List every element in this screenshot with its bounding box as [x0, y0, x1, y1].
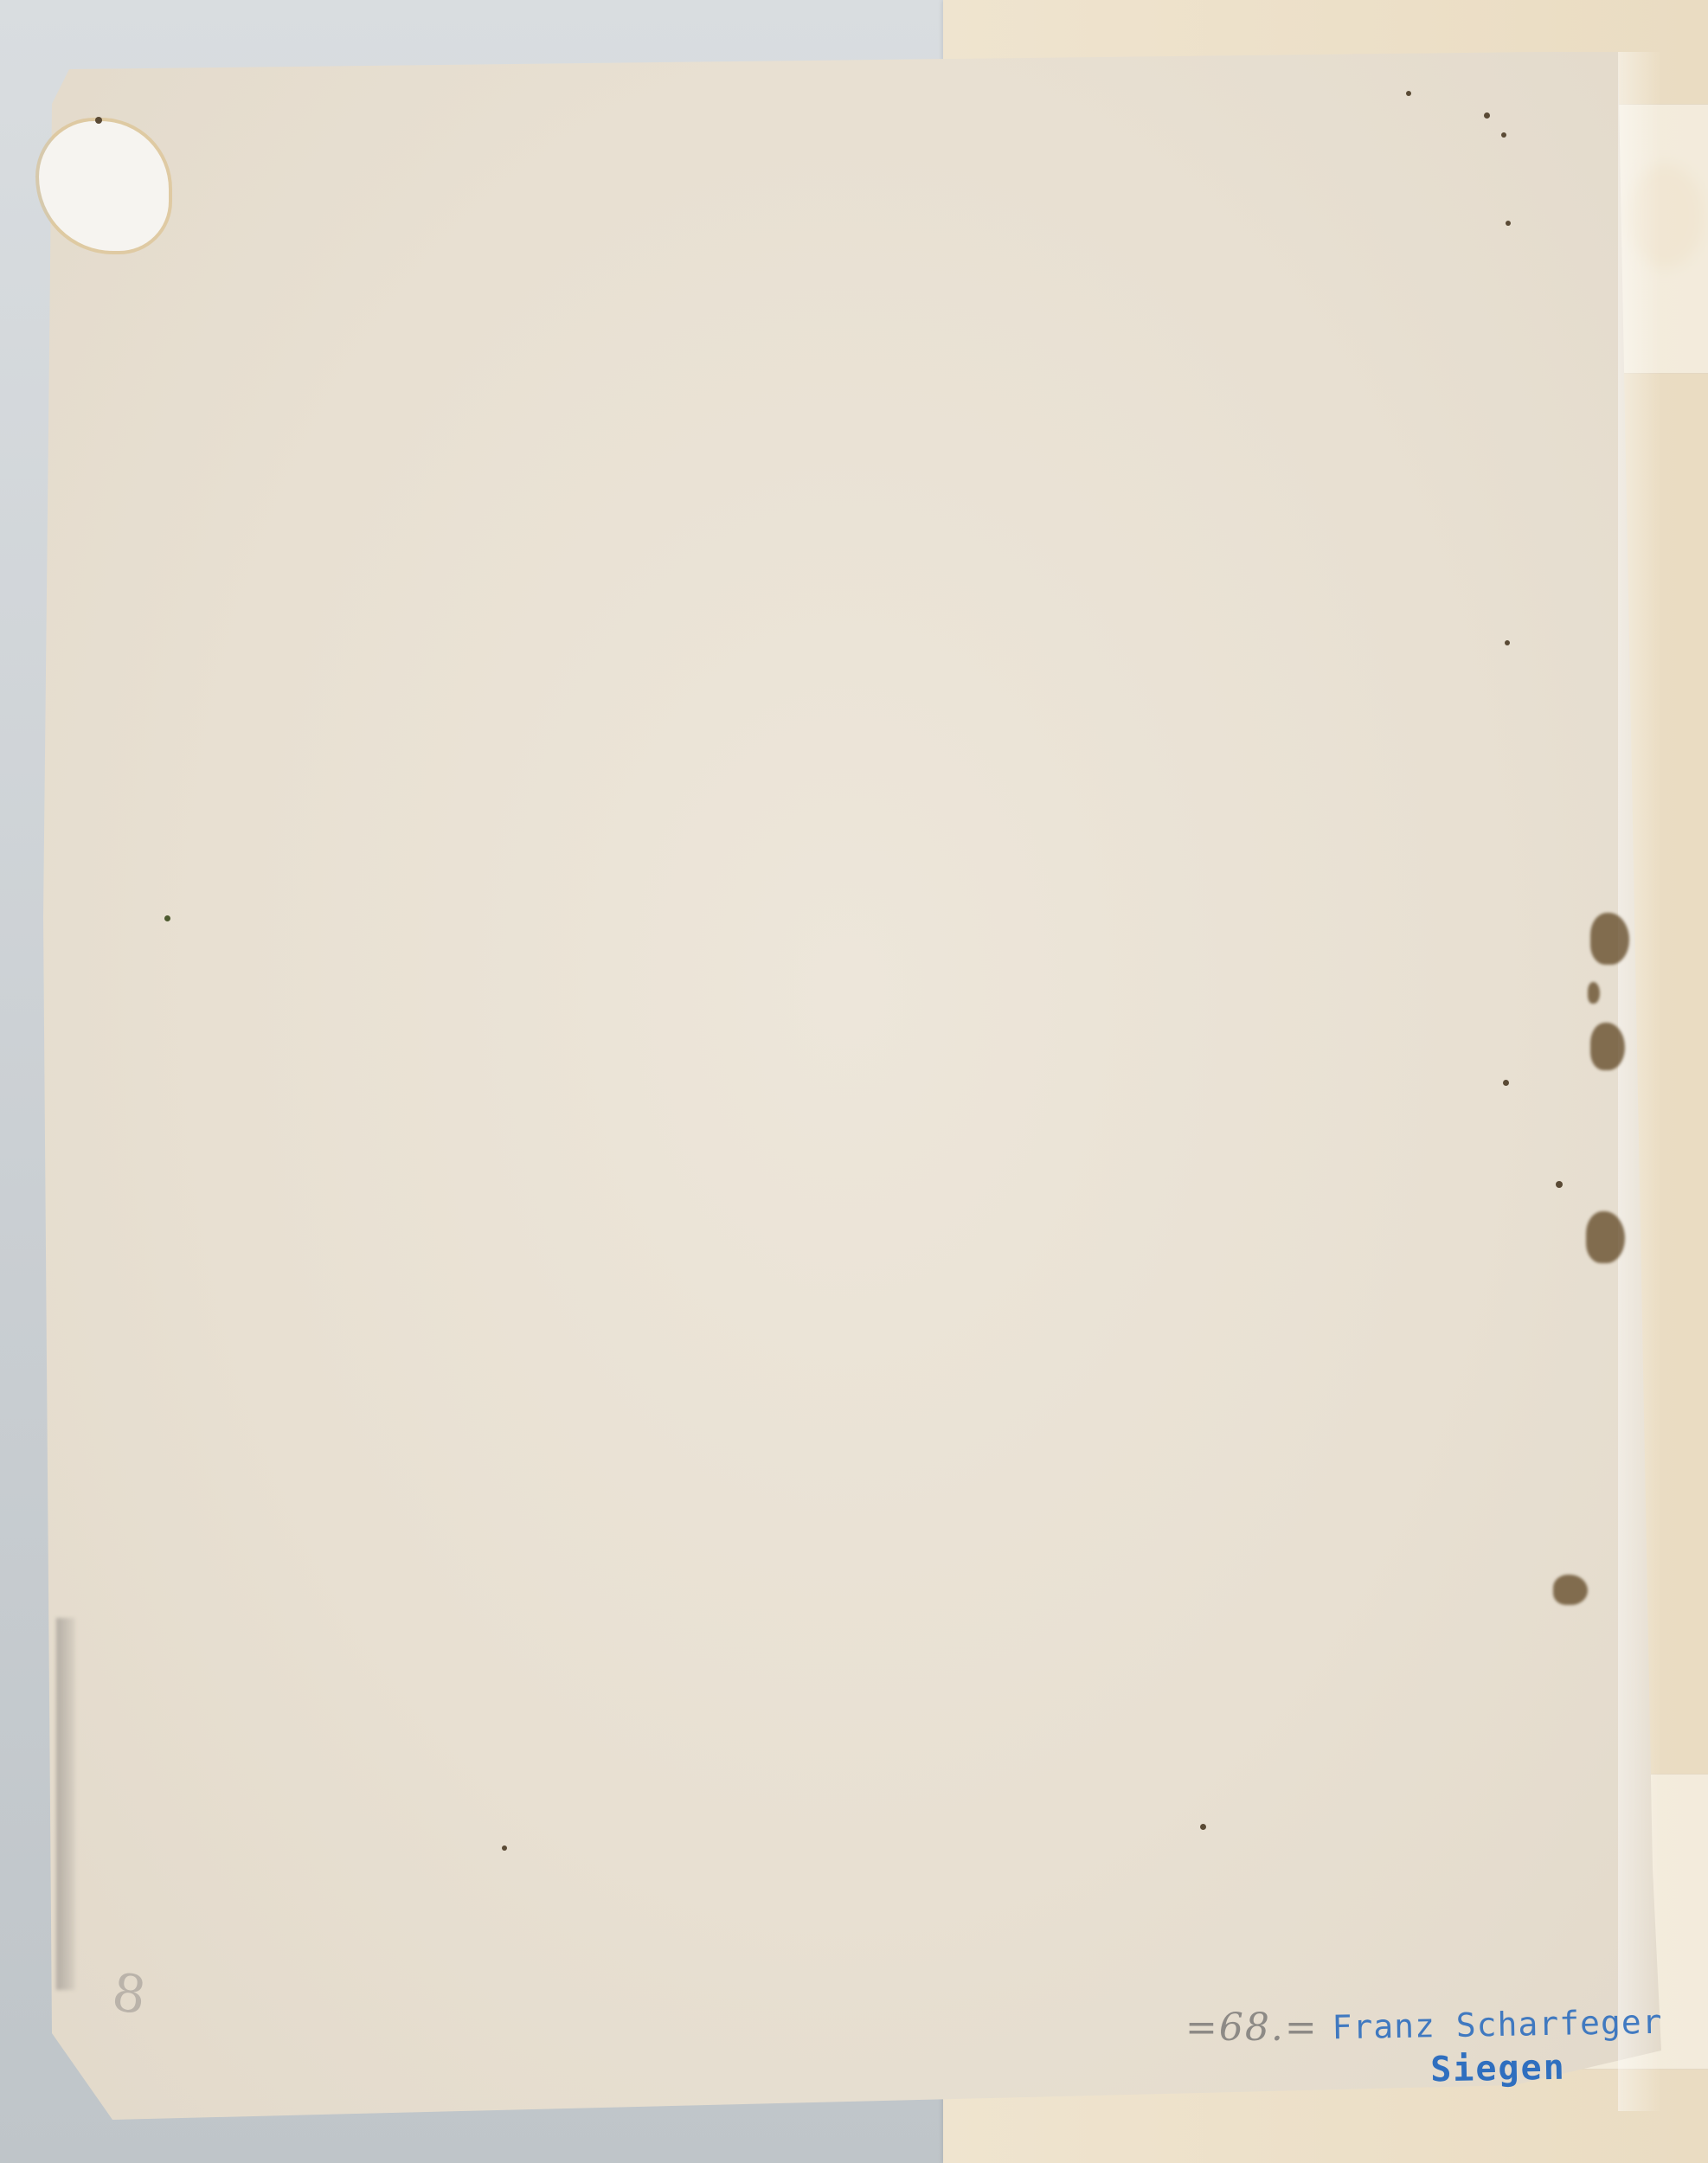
spot [1406, 91, 1411, 96]
pencil-number: =68.= [1185, 2006, 1319, 2050]
edge-stain [1586, 1211, 1625, 1263]
spot [502, 1845, 507, 1851]
spot [1556, 1181, 1563, 1188]
sheet-edge-highlight [1618, 52, 1661, 2111]
ink-stamp: Franz Scharfeger Siegen [1332, 2003, 1664, 2092]
edge-stain [1553, 1575, 1588, 1605]
spot [1484, 112, 1490, 119]
spot [164, 915, 170, 921]
edge-stain [1588, 982, 1600, 1004]
paper-sheet [35, 52, 1661, 2137]
stamp-city: Siegen [1332, 2046, 1664, 2092]
stamp-name: Franz Scharfeger [1332, 2003, 1663, 2047]
grey-edge-stain [56, 1618, 75, 1990]
edge-stain [1590, 1023, 1625, 1070]
spot [1506, 221, 1511, 226]
spot [1505, 640, 1510, 645]
spot [1503, 1080, 1509, 1086]
spot [95, 117, 102, 124]
edge-stain [1590, 913, 1629, 965]
spot [1200, 1824, 1206, 1830]
spot [1501, 132, 1506, 138]
